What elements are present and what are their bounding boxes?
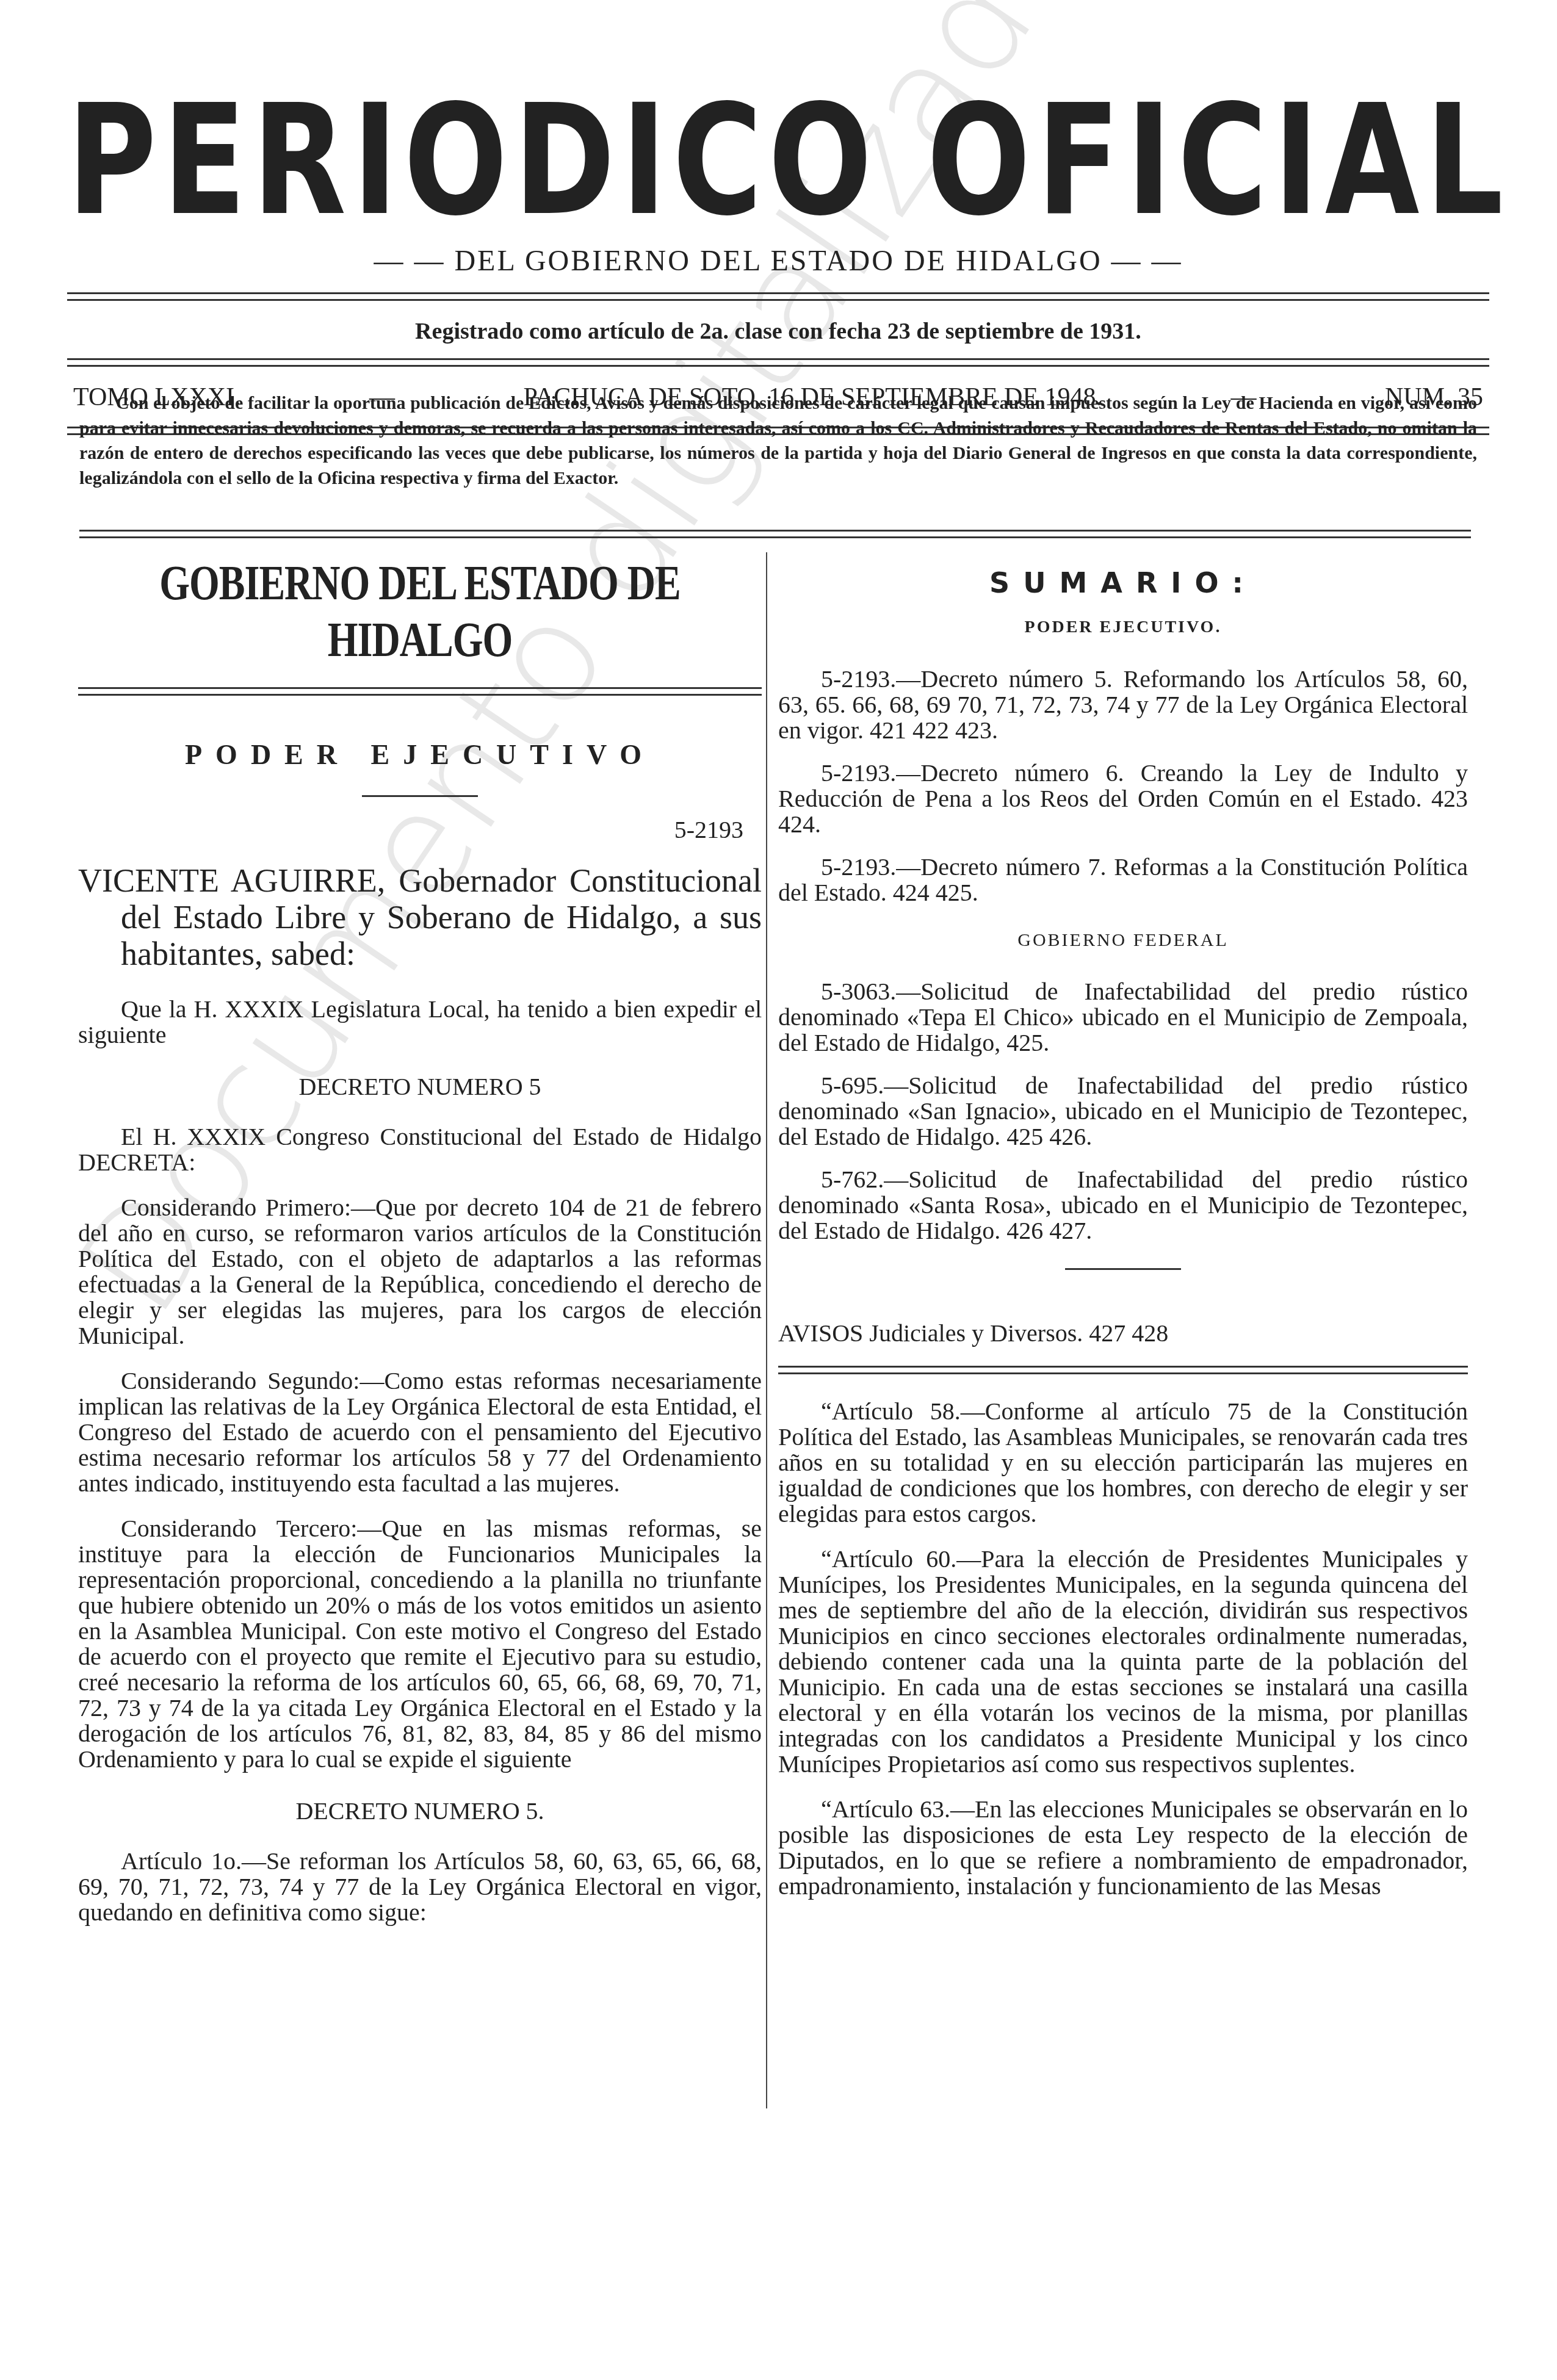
registration-line: Registrado como artículo de 2a. clase co… <box>67 318 1489 345</box>
summary-subheading: PODER EJECUTIVO. <box>778 618 1468 637</box>
divider <box>778 1366 1468 1374</box>
paragraph: El H. XXXIX Congreso Constitucional del … <box>78 1124 762 1175</box>
summary-heading: SUMARIO: <box>778 566 1468 599</box>
divider <box>78 687 762 696</box>
divider <box>79 530 1471 538</box>
newspaper-title: PERIODICO OFICIAL <box>67 73 1489 249</box>
short-divider <box>362 795 478 797</box>
summary-entry: 5-762.—Solicitud de Inafectabilidad del … <box>778 1167 1468 1244</box>
paragraph: Artículo 1o.—Se reforman los Artículos 5… <box>78 1848 762 1925</box>
column-divider <box>766 552 767 2108</box>
summary-entry: 5-2193.—Decreto número 6. Creando la Ley… <box>778 760 1468 837</box>
short-divider <box>1065 1268 1181 1270</box>
paragraph: Que la H. XXXIX Legislatura Local, ha te… <box>78 997 762 1048</box>
summary-entry: 5-2193.—Decreto número 7. Reformas a la … <box>778 854 1468 906</box>
summary-entry: 5-3063.—Solicitud de Inafectabilidad del… <box>778 979 1468 1056</box>
governor-proclamation: VICENTE AGUIRRE, Gobernador Constitucion… <box>78 862 762 972</box>
poder-ejecutivo-heading: PODER EJECUTIVO <box>78 738 762 771</box>
masthead: PERIODICO OFICIAL — — DEL GOBIERNO DEL E… <box>67 73 1489 435</box>
paragraph: “Artículo 63.—En las elecciones Municipa… <box>778 1797 1468 1899</box>
left-column: GOBIERNO DEL ESTADO DE HIDALGO PODER EJE… <box>78 549 762 1945</box>
decree-heading: DECRETO NUMERO 5. <box>78 1797 762 1825</box>
paragraph: Considerando Tercero:—Que en las mismas … <box>78 1516 762 1772</box>
paragraph: Considerando Segundo:—Como estas reforma… <box>78 1368 762 1496</box>
summary-entry: 5-695.—Solicitud de Inafectabilidad del … <box>778 1073 1468 1150</box>
divider <box>67 292 1489 301</box>
paragraph: “Artículo 60.—Para la elección de Presid… <box>778 1546 1468 1777</box>
avisos-entry: AVISOS Judiciales y Diversos. 427 428 <box>778 1319 1468 1347</box>
paragraph: “Artículo 58.—Conforme al artículo 75 de… <box>778 1399 1468 1527</box>
summary-subheading: GOBIERNO FEDERAL <box>778 930 1468 951</box>
summary-entry: 5-2193.—Decreto número 5. Reformando los… <box>778 666 1468 743</box>
publication-notice: Con el objeto de facilitar la oportuna p… <box>79 391 1477 491</box>
divider <box>67 358 1489 367</box>
paragraph: Considerando Primero:—Que por decreto 10… <box>78 1195 762 1349</box>
right-column: SUMARIO: PODER EJECUTIVO. 5-2193.—Decret… <box>778 549 1468 1919</box>
decree-reference: 5-2193 <box>78 815 743 844</box>
decree-heading: DECRETO NUMERO 5 <box>78 1072 762 1101</box>
section-title: GOBIERNO DEL ESTADO DE HIDALGO <box>78 555 762 668</box>
